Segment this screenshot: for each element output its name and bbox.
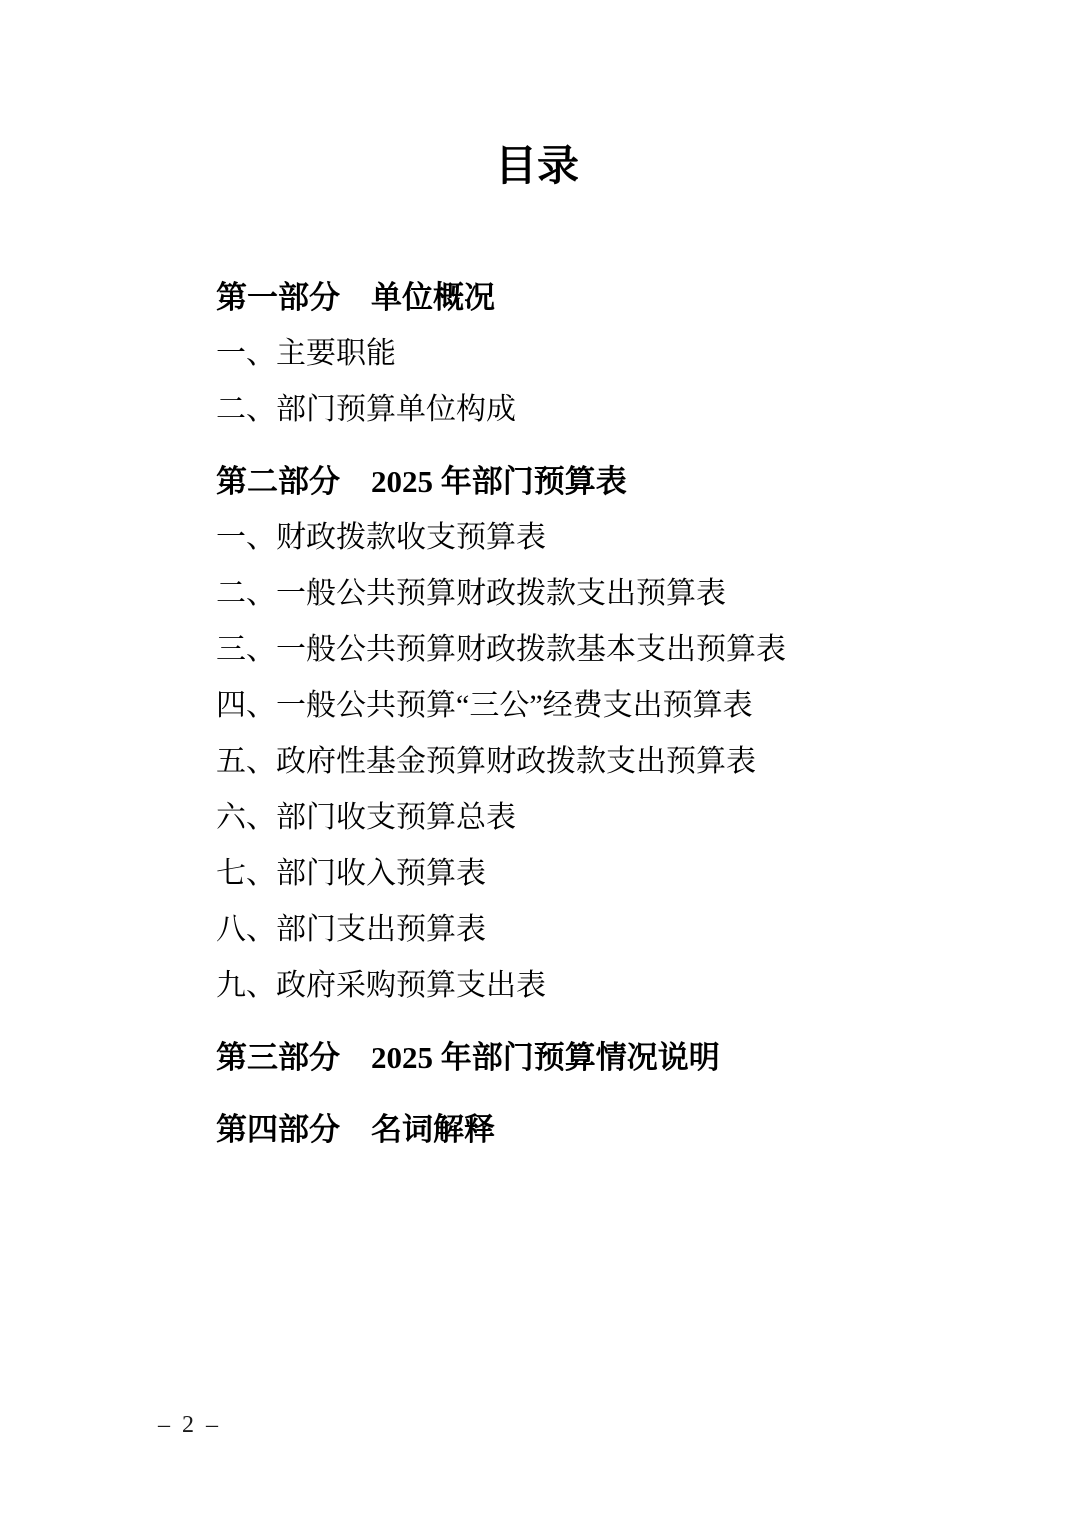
toc-item: 二、一般公共预算财政拨款支出预算表 bbox=[216, 566, 976, 622]
toc-item: 八、部门支出预算表 bbox=[216, 902, 976, 958]
toc-item: 九、政府采购预算支出表 bbox=[216, 958, 976, 1014]
document-page: 目录 第一部分 单位概况一、主要职能二、部门预算单位构成第二部分 2025 年部… bbox=[0, 0, 1074, 1520]
page-title: 目录 bbox=[0, 138, 1074, 194]
toc-item: 七、部门收入预算表 bbox=[216, 846, 976, 902]
toc-section-heading: 第四部分 名词解释 bbox=[216, 1102, 976, 1158]
toc-section-heading: 第二部分 2025 年部门预算表 bbox=[216, 454, 976, 510]
toc-item: 六、部门收支预算总表 bbox=[216, 790, 976, 846]
page-number: – 2 – bbox=[158, 1410, 221, 1440]
toc-item: 四、一般公共预算“三公”经费支出预算表 bbox=[216, 678, 976, 734]
toc-item: 一、主要职能 bbox=[216, 326, 976, 382]
toc-item: 一、财政拨款收支预算表 bbox=[216, 510, 976, 566]
toc-section-heading: 第三部分 2025 年部门预算情况说明 bbox=[216, 1030, 976, 1086]
toc-item: 二、部门预算单位构成 bbox=[216, 382, 976, 438]
toc-section-heading: 第一部分 单位概况 bbox=[216, 270, 976, 326]
toc-item: 五、政府性基金预算财政拨款支出预算表 bbox=[216, 734, 976, 790]
toc-list: 第一部分 单位概况一、主要职能二、部门预算单位构成第二部分 2025 年部门预算… bbox=[216, 270, 976, 1158]
toc-item: 三、一般公共预算财政拨款基本支出预算表 bbox=[216, 622, 976, 678]
